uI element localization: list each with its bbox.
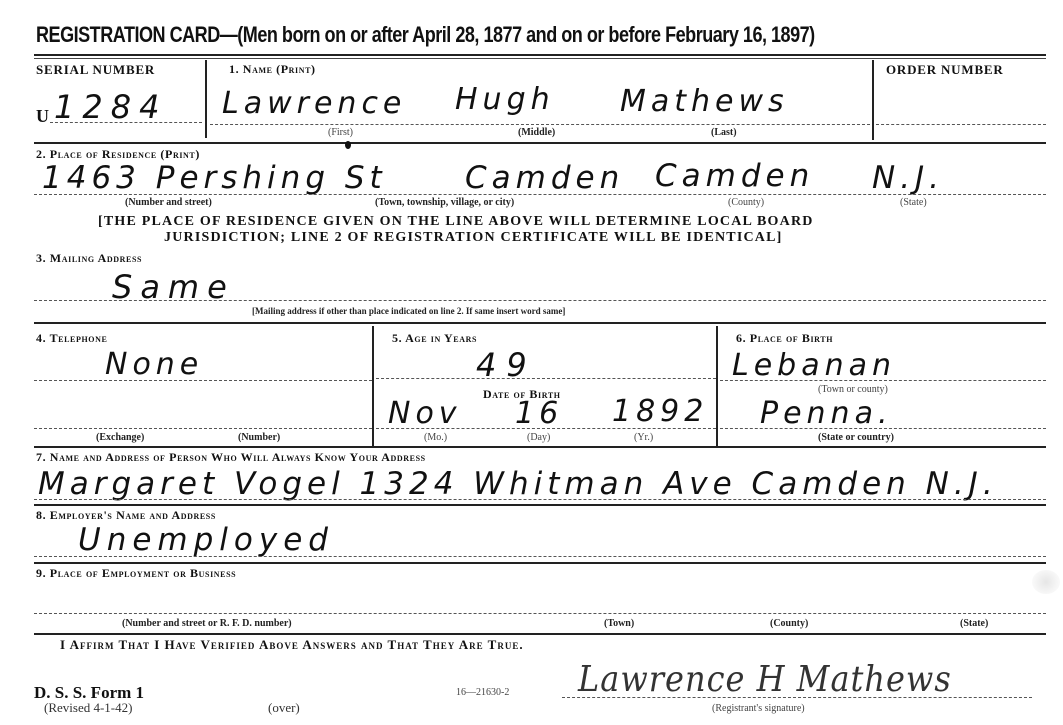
age-label: 5. Age in Years <box>392 331 477 346</box>
middle-name-value: Hugh <box>455 82 555 117</box>
last-name-value: Mathews <box>620 84 789 119</box>
card-title: REGISTRATION CARD—(Men born on or after … <box>36 22 815 48</box>
serial-number-value: 1284 <box>54 88 167 126</box>
birthplace-label: 6. Place of Birth <box>736 331 833 346</box>
first-name-value: Lawrence <box>222 86 406 121</box>
dob-line <box>376 428 716 429</box>
number-caption: (Number) <box>238 432 280 443</box>
divider <box>34 446 1046 448</box>
divider <box>872 60 874 140</box>
divider <box>34 58 1046 59</box>
state-or-country-caption: (State or country) <box>818 432 894 443</box>
print-code: 16—21630-2 <box>456 687 509 698</box>
birthplace-state-line <box>720 428 1046 429</box>
mailing-address-label: 3. Mailing Address <box>36 251 142 266</box>
employment-place-label: 9. Place of Employment or Business <box>36 566 236 581</box>
order-number-line <box>876 124 1046 125</box>
birthplace-town-line <box>720 380 1046 381</box>
employment-place-line <box>34 613 1046 614</box>
serial-number-label: SERIAL NUMBER <box>36 62 155 78</box>
divider <box>34 562 1046 564</box>
employment-county-caption: (County) <box>770 618 808 629</box>
jurisdiction-notice-line-2: JURISDICTION; LINE 2 OF REGISTRATION CER… <box>164 230 783 246</box>
divider <box>372 326 374 446</box>
employer-line <box>34 556 1046 557</box>
serial-prefix: U <box>36 106 49 127</box>
employer-value: Unemployed <box>78 522 334 558</box>
residence-street-value: 1463 Pershing St <box>42 160 387 196</box>
last-caption: (Last) <box>711 127 737 138</box>
employer-label: 8. Employer's Name and Address <box>36 508 216 523</box>
town-caption: (Town, township, village, or city) <box>375 197 514 208</box>
age-line <box>376 378 716 379</box>
street-caption: (Number and street) <box>125 197 212 208</box>
state-caption: (State) <box>900 197 927 208</box>
paper-smudge <box>1032 570 1060 594</box>
mailing-line <box>34 300 1046 301</box>
telephone-label: 4. Telephone <box>36 331 107 346</box>
name-line <box>210 124 870 125</box>
employment-street-caption: (Number and street or R. F. D. number) <box>122 618 292 629</box>
affirmation-text: I Affirm That I Have Verified Above Answ… <box>60 637 524 653</box>
form-revised-date: (Revised 4-1-42) <box>44 700 132 716</box>
divider <box>34 322 1046 324</box>
jurisdiction-notice-line-1: [THE PLACE OF RESIDENCE GIVEN ON THE LIN… <box>98 214 978 230</box>
birthplace-town-value: Lebanan <box>732 348 896 383</box>
county-caption: (County) <box>728 197 764 208</box>
town-or-county-caption: (Town or county) <box>818 384 888 395</box>
contact-person-label: 7. Name and Address of Person Who Will A… <box>36 450 426 465</box>
contact-person-line <box>34 499 1046 500</box>
serial-line <box>50 122 202 123</box>
telephone-value: None <box>105 347 203 382</box>
residence-state-value: N.J. <box>872 160 944 196</box>
ink-mark <box>345 141 351 149</box>
birth-year-value: 1892 <box>612 394 708 429</box>
signature-caption: (Registrant's signature) <box>712 703 805 714</box>
residence-county-value: Camden <box>655 158 814 194</box>
registrant-signature: Lawrence H Mathews <box>578 658 952 700</box>
divider <box>34 142 1046 144</box>
employment-state-caption: (State) <box>960 618 988 629</box>
contact-person-value: Margaret Vogel 1324 Whitman Ave Camden N… <box>38 466 998 502</box>
birth-month-value: Nov <box>388 396 462 431</box>
order-number-label: ORDER NUMBER <box>886 62 1004 78</box>
middle-caption: (Middle) <box>518 127 555 138</box>
birth-day-value: 16 <box>515 396 563 431</box>
over-indicator: (over) <box>268 700 300 716</box>
birthplace-state-value: Penna. <box>760 396 893 431</box>
first-caption: (First) <box>328 127 353 138</box>
name-label: 1. Name (Print) <box>229 62 316 77</box>
divider <box>34 54 1046 56</box>
signature-line <box>562 697 1032 698</box>
divider <box>205 60 207 138</box>
telephone-line-1 <box>34 380 372 381</box>
divider <box>34 633 1046 635</box>
telephone-line-2 <box>34 428 372 429</box>
exchange-caption: (Exchange) <box>96 432 144 443</box>
mailing-caption: [Mailing address if other than place ind… <box>252 306 565 316</box>
divider <box>716 326 718 446</box>
month-caption: (Mo.) <box>424 432 447 443</box>
employment-town-caption: (Town) <box>604 618 634 629</box>
divider <box>34 504 1046 506</box>
residence-town-value: Camden <box>465 160 624 196</box>
year-caption: (Yr.) <box>634 432 653 443</box>
residence-line <box>34 194 1046 195</box>
day-caption: (Day) <box>527 432 550 443</box>
